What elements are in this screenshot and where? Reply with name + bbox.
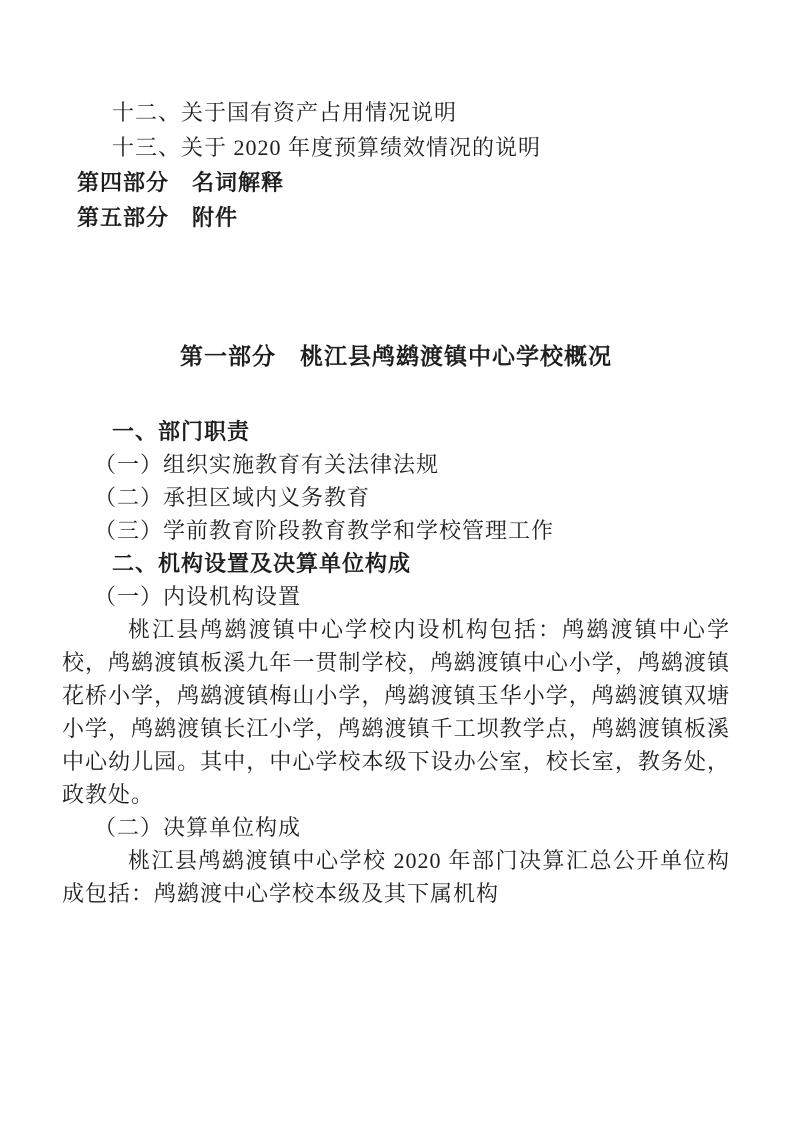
- toc-part-5-heading: 第五部分 附件: [62, 200, 730, 235]
- document-page: 十二、关于国有资产占用情况说明 十三、关于 2020 年度预算绩效情况的说明 第…: [0, 0, 793, 1122]
- duty-item-1: （一）组织实施教育有关法律法规: [62, 448, 730, 481]
- document-body: 一、部门职责 （一）组织实施教育有关法律法规 （二）承担区域内义务教育 （三）学…: [62, 415, 730, 910]
- toc-item-13: 十三、关于 2020 年度预算绩效情况的说明: [62, 130, 730, 165]
- toc-part-4-heading: 第四部分 名词解释: [62, 165, 730, 200]
- duty-item-2: （二）承担区域内义务教育: [62, 481, 730, 514]
- part-one-title: 第一部分 桃江县鸬鹚渡镇中心学校概况: [62, 339, 730, 375]
- toc-item-12: 十二、关于国有资产占用情况说明: [62, 95, 730, 130]
- section-heading-structure: 二、机构设置及决算单位构成: [62, 547, 730, 580]
- toc-section: 十二、关于国有资产占用情况说明 十三、关于 2020 年度预算绩效情况的说明 第…: [62, 0, 730, 235]
- section-heading-duties: 一、部门职责: [62, 415, 730, 448]
- internal-org-paragraph: 桃江县鸬鹚渡镇中心学校内设机构包括：鸬鹚渡镇中心学校，鸬鹚渡镇板溪九年一贯制学校…: [62, 613, 730, 811]
- duty-item-3: （三）学前教育阶段教育教学和学校管理工作: [62, 514, 730, 547]
- subsection-heading-unit-composition: （二）决算单位构成: [62, 811, 730, 844]
- unit-composition-paragraph: 桃江县鸬鹚渡镇中心学校 2020 年部门决算汇总公开单位构成包括：鸬鹚渡中心学校…: [62, 844, 730, 910]
- subsection-heading-internal-org: （一）内设机构设置: [62, 580, 730, 613]
